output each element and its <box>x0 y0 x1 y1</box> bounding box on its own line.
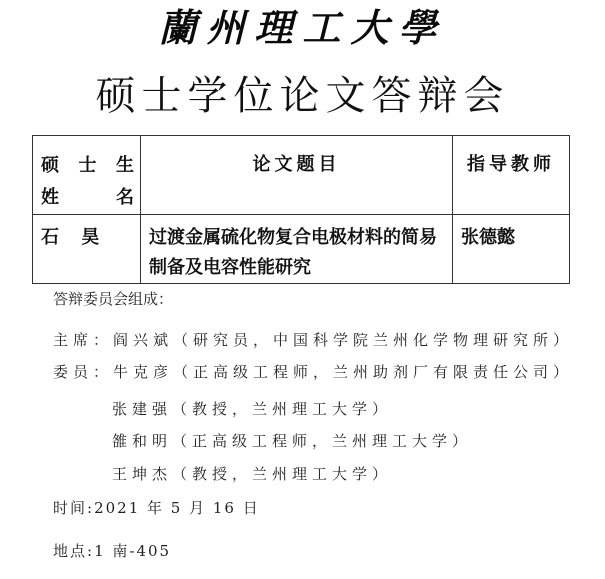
table-header-row: 硕 士 生 姓 名 论文题目 指导教师 <box>33 136 570 215</box>
chair-value: 阎兴斌（研究员，中国科学院兰州化学物理研究所） <box>113 331 573 349</box>
table-row: 石 昊 过渡金属硫化物复合电极材料的简易制备及电容性能研究 张德懿 <box>33 215 570 284</box>
members-label: 委员： <box>53 363 113 381</box>
header-thesis-title: 论文题目 <box>141 136 453 215</box>
header-char: 硕 <box>41 150 59 182</box>
cell-advisor: 张德懿 <box>453 215 570 284</box>
document-title: 硕士学位论文答辩会 <box>0 68 605 124</box>
committee-member-line: 雒和明（正高级工程师，兰州理工大学） <box>112 430 472 451</box>
thesis-title: 过渡金属硫化物复合电极材料的简易制备及电容性能研究 <box>141 215 452 283</box>
header-char: 名 <box>116 182 134 214</box>
header-char: 士 <box>79 150 97 182</box>
member-value: 牛克彦（正高级工程师，兰州助剂厂有限责任公司） <box>113 363 573 381</box>
university-name-calligraphy: 蘭州理工大學 <box>0 4 605 52</box>
student-name: 石 昊 <box>33 215 140 253</box>
header-char: 生 <box>116 150 134 182</box>
committee-member-line: 王坤杰（教授，兰州理工大学） <box>112 463 392 484</box>
cell-student: 石 昊 <box>33 215 141 284</box>
chair-label: 主席： <box>53 331 113 349</box>
committee-member-line: 委员：牛克彦（正高级工程师，兰州助剂厂有限责任公司） <box>53 361 573 382</box>
advisor-name: 张德懿 <box>453 215 569 253</box>
cell-thesis-title: 过渡金属硫化物复合电极材料的简易制备及电容性能研究 <box>141 215 453 284</box>
time-label: 时间: <box>53 499 94 517</box>
header-char: 姓 <box>41 182 59 214</box>
committee-chair-line: 主席：阎兴斌（研究员，中国科学院兰州化学物理研究所） <box>53 329 573 350</box>
header-advisor: 指导教师 <box>453 136 570 215</box>
place-label: 地点: <box>53 542 94 560</box>
defense-place: 地点:1 南-405 <box>53 540 171 561</box>
defense-time: 时间:2021 年 5 月 16 日 <box>53 497 260 518</box>
defense-info-table: 硕 士 生 姓 名 论文题目 指导教师 石 昊 过渡金属硫化物复合电极材料的简易… <box>32 135 570 284</box>
committee-heading: 答辩委员会组成： <box>53 288 173 309</box>
place-value: 1 南-405 <box>94 542 171 560</box>
header-student-name: 硕 士 生 姓 名 <box>33 136 141 215</box>
time-value: 2021 年 5 月 16 日 <box>94 499 260 517</box>
committee-member-line: 张建强（教授，兰州理工大学） <box>112 398 392 419</box>
